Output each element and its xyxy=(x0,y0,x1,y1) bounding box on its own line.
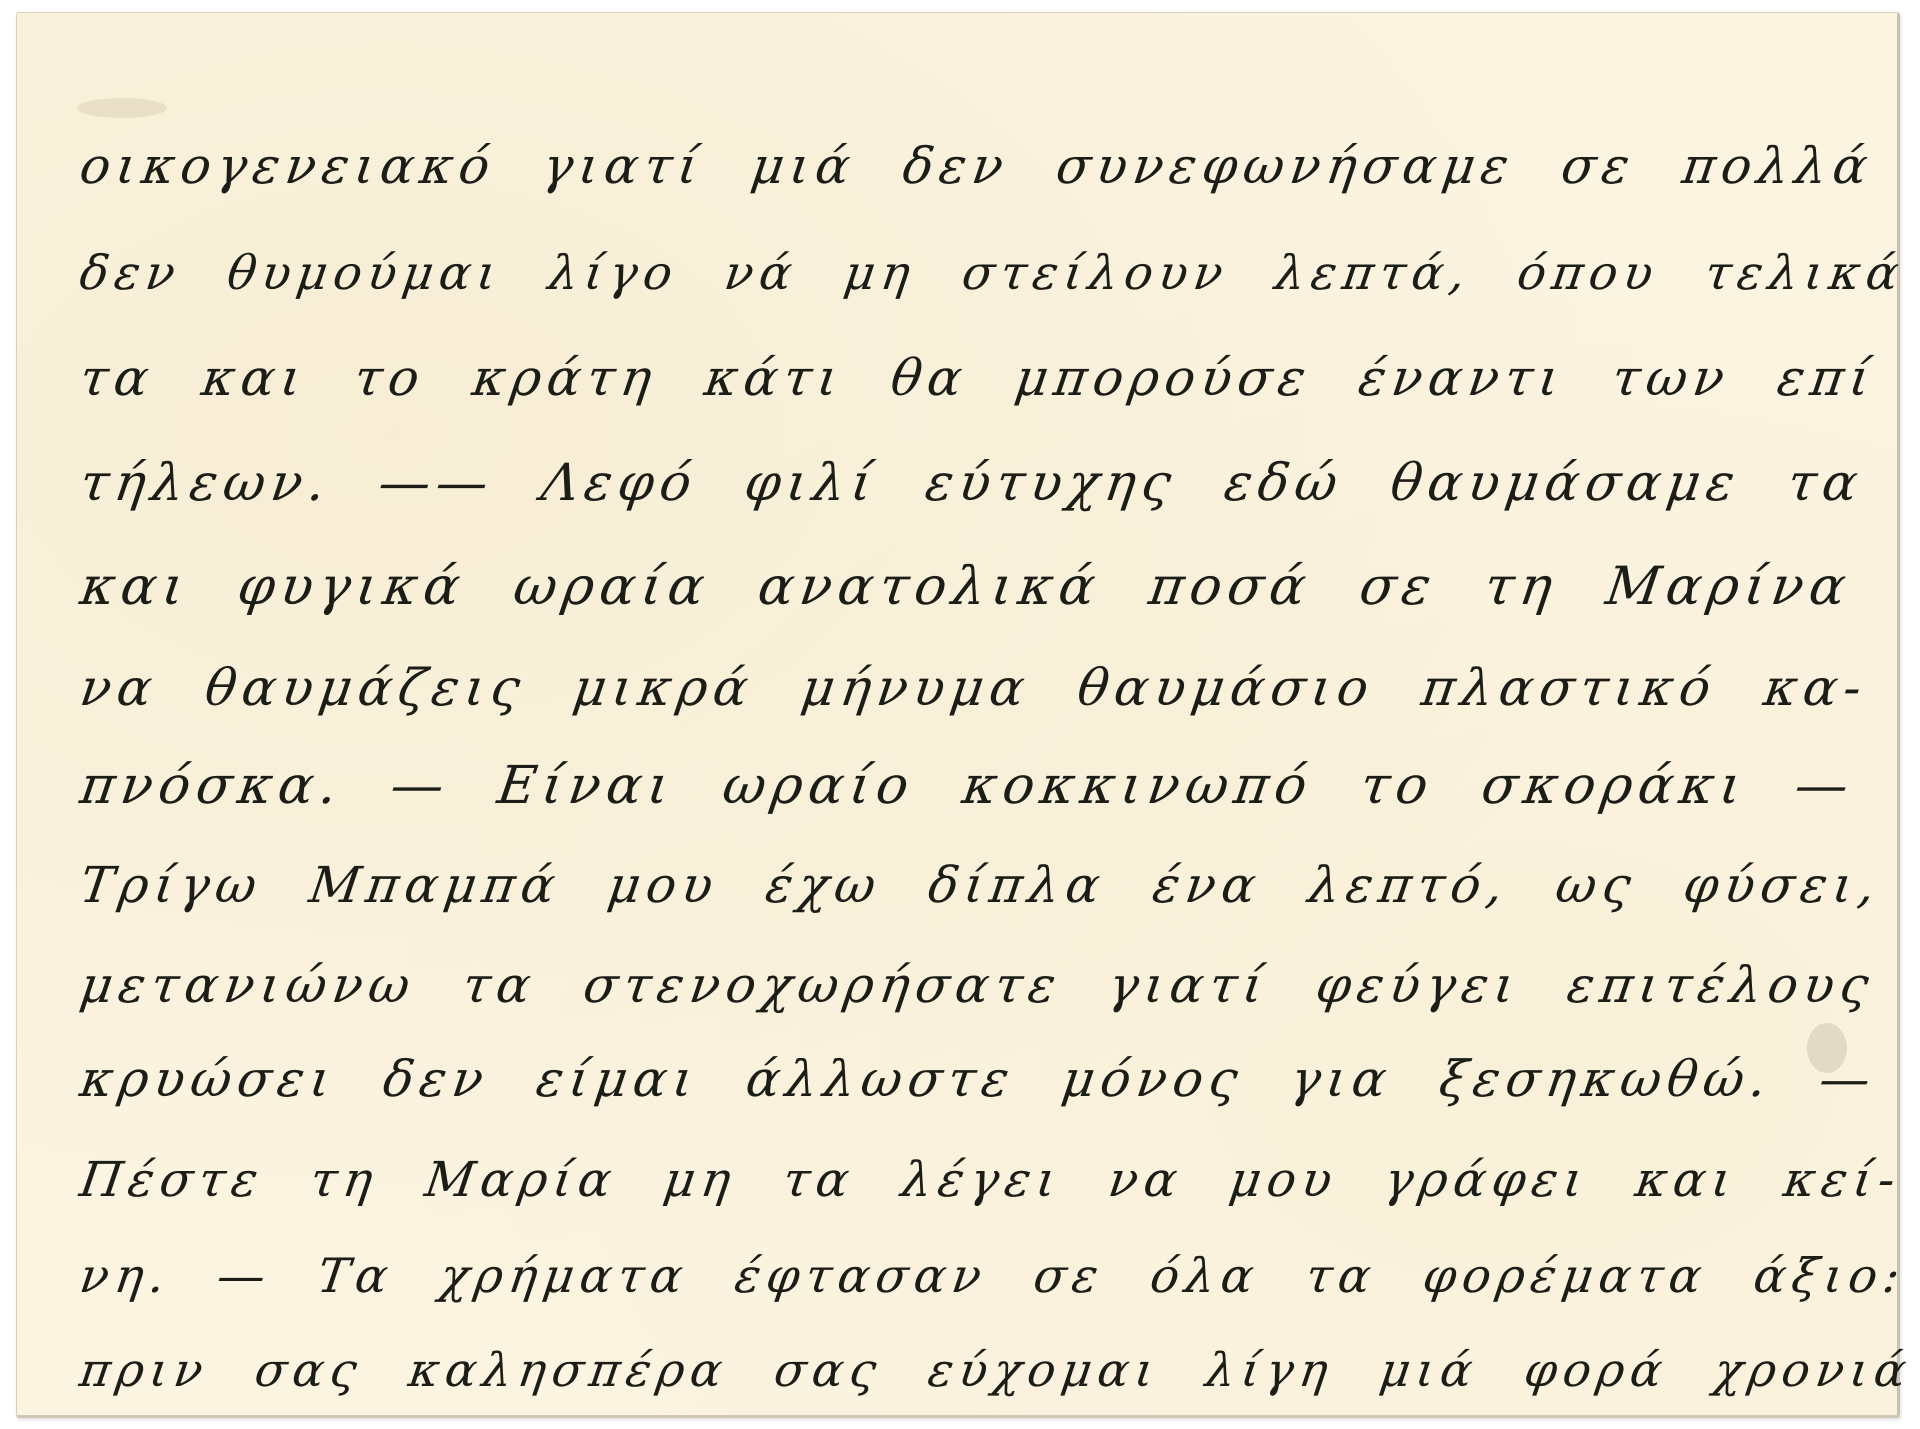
letter-line-3: τα και το κράτη κάτι θα μπορούσε έναντι … xyxy=(77,353,1844,403)
letter-line-5: και φυγικά ωραία ανατολικά ποσά σε τη Μα… xyxy=(77,561,1844,614)
ink-smudge xyxy=(77,98,167,118)
letter-line-11: Πέστε τη Μαρία μη τα λέγει να μου γράφει… xyxy=(77,1156,1844,1204)
letter-line-7: πνόσκα. — Είναι ωραίο κοκκινωπό το σκορά… xyxy=(77,760,1844,812)
letter-line-12: νη. — Τα χρήματα έφτασαν σε όλα τα φορέμ… xyxy=(77,1253,1844,1300)
letter-line-9: μετανιώνω τα στενοχωρήσατε γιατί φεύγει … xyxy=(77,961,1844,1011)
letter-card: οικογενειακό γιατί μιά δεν συνεφωνήσαμε … xyxy=(16,12,1900,1418)
letter-line-13: πριν σας καλησπέρα σας εύχομαι λίγη μιά … xyxy=(77,1347,1844,1393)
letter-line-10: κρυώσει δεν είμαι άλλωστε μόνος για ξεση… xyxy=(77,1055,1844,1105)
letter-line-4: τήλεων. —— Λεφό φιλί εύτυχης εδώ θαυμάσα… xyxy=(77,458,1844,509)
letter-line-6: να θαυμάζεις μικρά μήνυμα θαυμάσιο πλαστ… xyxy=(77,663,1844,714)
letter-line-1: οικογενειακό γιατί μιά δεν συνεφωνήσαμε … xyxy=(77,141,1844,191)
letter-line-2: δεν θυμούμαι λίγο νά μη στείλουν λεπτά, … xyxy=(77,250,1844,297)
letter-line-8: Τρίγω Μπαμπά μου έχω δίπλα ένα λεπτό, ως… xyxy=(77,861,1844,911)
